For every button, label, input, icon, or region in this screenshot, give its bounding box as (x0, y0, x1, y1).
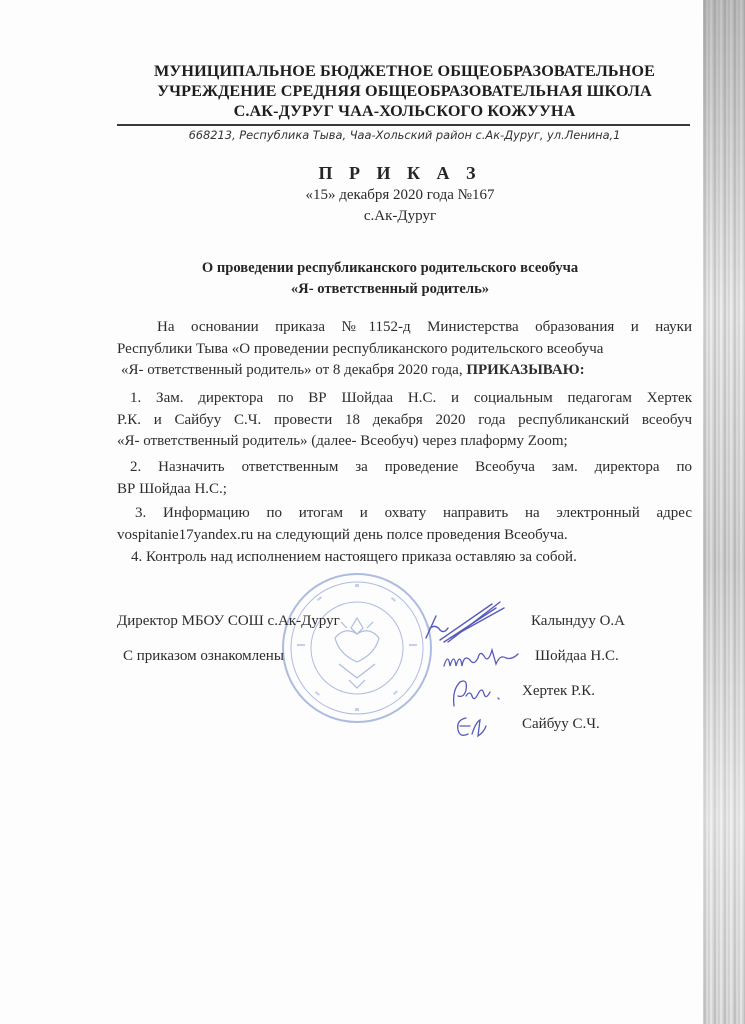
preamble-paragraph: На основании приказа №1152-д Министерств… (117, 317, 692, 382)
item-1-line-1: 1. Зам. директора по ВР Шойдаа Н.С. и со… (117, 388, 692, 410)
acknowledged-name-2: Хертек Р.К. (522, 683, 595, 700)
org-name-line-2: УЧРЕЖДЕНИЕ СРЕДНЯЯ ОБЩЕОБРАЗОВАТЕЛЬНАЯ Ш… (117, 81, 692, 101)
director-name: Калындуу О.А (531, 613, 625, 630)
order-item-1: 1. Зам. директора по ВР Шойдаа Н.С. и со… (117, 388, 692, 453)
director-label: Директор МБОУ СОШ с.Ак-Дуруг (117, 613, 340, 630)
acknowledged-name-3: Сайбуу С.Ч. (522, 716, 600, 733)
preamble-line-2: Республики Тыва «О проведении республика… (117, 339, 692, 361)
org-name-line-1: МУНИЦИПАЛЬНОЕ БЮДЖЕТНОЕ ОБЩЕОБРАЗОВАТЕЛЬ… (117, 61, 692, 81)
item-1-line-3: «Я- ответственный родитель» (далее- Всео… (117, 431, 692, 453)
acknowledged-label: С приказом ознакомлены (123, 648, 284, 665)
order-directive: ПРИКАЗЫВАЮ: (466, 362, 584, 378)
organization-header: МУНИЦИПАЛЬНОЕ БЮДЖЕТНОЕ ОБЩЕОБРАЗОВАТЕЛЬ… (117, 61, 692, 121)
document-page: МУНИЦИПАЛЬНОЕ БЮДЖЕТНОЕ ОБЩЕОБРАЗОВАТЕЛЬ… (0, 0, 745, 1024)
order-date-number: «15» декабря 2020 года №167 (250, 187, 550, 204)
preamble-line-1: На основании приказа №1152-д Министерств… (117, 317, 692, 339)
item-3-line-1: 3. Информацию по итогам и охвату направи… (117, 503, 692, 525)
item-1-line-2: Р.К. и Сайбуу С.Ч. провести 18 декабря 2… (117, 410, 692, 432)
item-2-line-2: ВР Шойдаа Н.С.; (117, 479, 692, 501)
acknowledged-name-1: Шойдаа Н.С. (535, 648, 619, 665)
preamble-line-3-text: «Я- ответственный родитель» от 8 декабря… (121, 362, 466, 378)
khertek-signature-icon (448, 676, 508, 710)
preamble-line-3: «Я- ответственный родитель» от 8 декабря… (117, 360, 692, 382)
item-3-line-2: vospitanie17yandex.ru на следующий день … (117, 525, 692, 547)
org-name-line-3: С.АК-ДУРУГ ЧАА-ХОЛЬСКОГО КОЖУУНА (117, 101, 692, 121)
order-title: П Р И К А З (250, 163, 550, 184)
org-address: 668213, Республика Тыва, Чаа-Хольский ра… (117, 128, 692, 142)
header-divider (117, 124, 690, 126)
director-signature-icon (420, 598, 510, 648)
order-subject: О проведении республиканского родительск… (150, 258, 630, 300)
order-place: с.Ак-Дуруг (250, 208, 550, 225)
item-4-line-1: 4. Контроль над исполнением настоящего п… (117, 547, 692, 569)
saibuu-signature-icon (452, 712, 492, 740)
official-stamp-icon (277, 568, 437, 728)
shoidaa-signature-icon (440, 644, 530, 672)
order-item-3: 3. Информацию по итогам и охвату направи… (117, 503, 692, 546)
subject-line-2: «Я- ответственный родитель» (150, 279, 630, 300)
scan-edge-artifact (703, 0, 745, 1024)
order-item-2: 2. Назначить ответственным за проведение… (117, 457, 692, 500)
item-2-line-1: 2. Назначить ответственным за проведение… (117, 457, 692, 479)
subject-line-1: О проведении республиканского родительск… (150, 258, 630, 279)
order-item-4: 4. Контроль над исполнением настоящего п… (117, 547, 692, 569)
